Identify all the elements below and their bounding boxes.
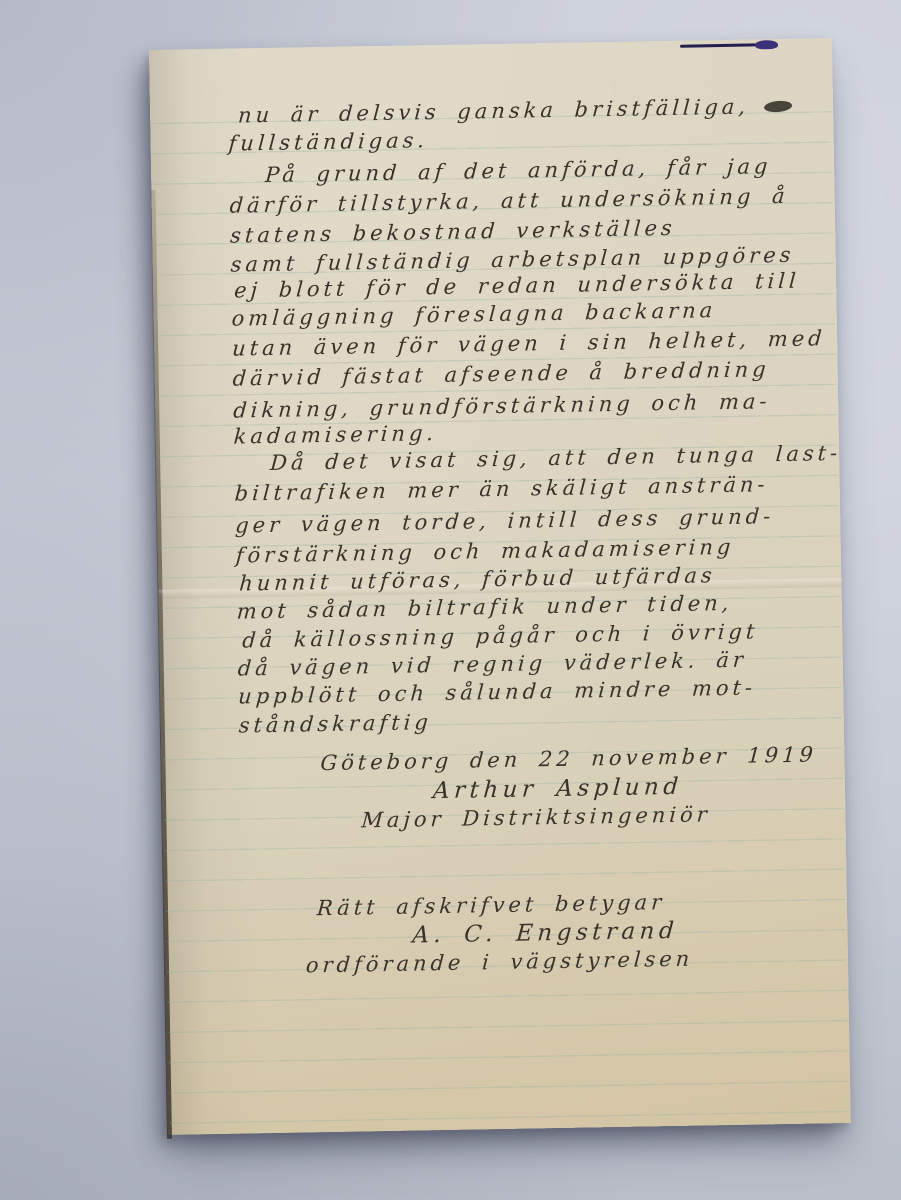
attestation-signature: A. C. Engstrand [412,918,680,949]
archival-ink-mark [680,43,756,47]
photograph-background: nu är delsvis ganska bristfälliga, fulls… [0,0,901,1200]
archival-ink-blob [755,40,778,49]
signature: Arthur Asplund [432,774,683,804]
handwritten-line: kadamisering. [233,420,438,450]
document-page: nu är delsvis ganska bristfälliga, fulls… [149,38,851,1135]
handwritten-line: fullständigas. [228,127,429,157]
handwritten-line: ståndskraftig [238,709,433,738]
